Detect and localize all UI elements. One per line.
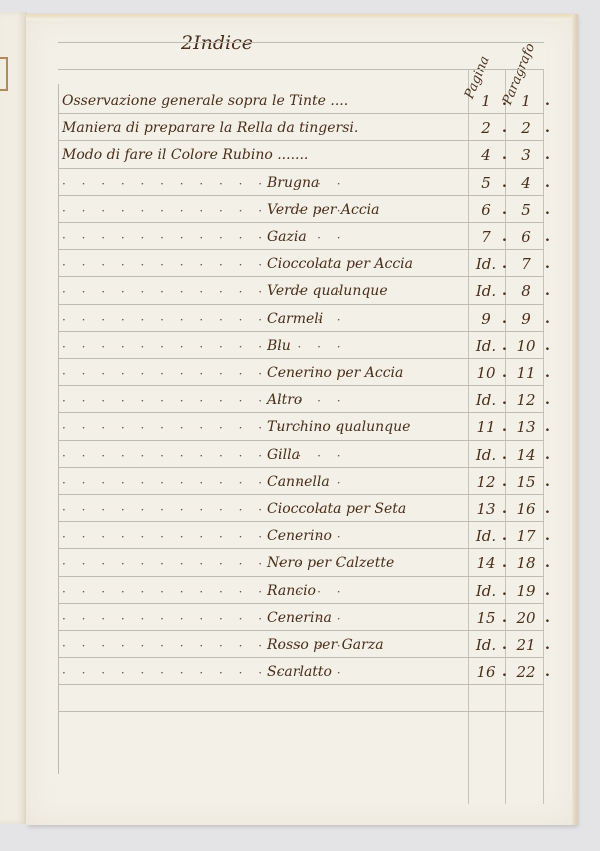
index-entry: · · · · · · · · · · · · · · ·Carmeli9.9. [62, 304, 582, 331]
entry-label: Cioccolata per Seta [267, 501, 406, 517]
separator-dot: . [502, 610, 507, 626]
title-prefix: 2 [181, 32, 193, 54]
entry-page-number: 16 [468, 663, 504, 681]
separator-dot: . [502, 175, 507, 191]
end-dot: . [545, 555, 550, 571]
entry-paragraph-number: 7 [508, 255, 544, 273]
separator-dot: . [502, 447, 507, 463]
ruled-line [58, 168, 544, 169]
entry-label: Blu [267, 338, 291, 354]
separator-dot: . [502, 392, 507, 408]
entry-paragraph-number: 20 [508, 609, 544, 627]
ruled-line [58, 42, 544, 43]
ruled-line [58, 304, 544, 305]
entry-page-number: 4 [468, 146, 504, 164]
entry-paragraph-number: 17 [508, 527, 544, 545]
ruled-line [58, 222, 544, 223]
entry-page-number: 1 [468, 92, 504, 110]
end-dot: . [545, 120, 550, 136]
entry-label: Rancio [267, 583, 316, 599]
index-entry: · · · · · · · · · · · · · · ·CenerinoId.… [62, 521, 582, 548]
entry-page-number: 13 [468, 500, 504, 518]
entry-label: Altro [267, 392, 302, 408]
index-entry: Maniera di preparare la Rella da tingers… [62, 113, 582, 140]
entry-paragraph-number: 12 [508, 391, 544, 409]
separator-dot: . [502, 501, 507, 517]
entry-label: Nero per Calzette [267, 555, 394, 571]
entry-paragraph-number: 18 [508, 554, 544, 572]
ruled-line [58, 412, 544, 413]
entry-page-number: 14 [468, 554, 504, 572]
entry-label: Cannella [267, 474, 330, 490]
leader-dots: · · · · · · · · · · · · · · · [62, 394, 347, 408]
end-dot: . [545, 147, 550, 163]
entry-label: Cenerino per Accia [267, 365, 403, 381]
index-entry: · · · · · · · · · · · · · · ·Brugna5.4. [62, 168, 582, 195]
entry-page-number: 7 [468, 228, 504, 246]
leader-dots: · · · · · · · · · · · · · · · [62, 340, 347, 354]
entry-label: Modo di fare il Colore Rubino ....... [62, 147, 308, 163]
entry-paragraph-number: 9 [508, 310, 544, 328]
separator-dot: . [502, 229, 507, 245]
entry-label: Verde per Accia [267, 202, 380, 218]
separator-dot: . [502, 528, 507, 544]
entry-label: Scarlatto [267, 664, 332, 680]
entry-page-number: 9 [468, 310, 504, 328]
ruled-line [58, 467, 544, 468]
separator-dot: . [502, 555, 507, 571]
end-dot: . [545, 610, 550, 626]
title-text: Indice [193, 32, 253, 54]
separator-dot: . [502, 147, 507, 163]
index-entry: Modo di fare il Colore Rubino .......4.3… [62, 140, 582, 167]
entry-page-number: 5 [468, 174, 504, 192]
index-entry: · · · · · · · · · · · · · · ·Cenerina15.… [62, 603, 582, 630]
entry-paragraph-number: 1 [508, 92, 544, 110]
end-dot: . [545, 93, 550, 109]
index-entry: · · · · · · · · · · · · · · ·RancioId..1… [62, 576, 582, 603]
entry-paragraph-number: 16 [508, 500, 544, 518]
end-dot: . [545, 338, 550, 354]
ruled-line [58, 711, 544, 712]
separator-dot: . [502, 120, 507, 136]
entry-label: Rosso per Garza [267, 637, 384, 653]
entry-label: Osservazione generale sopra le Tinte ...… [62, 93, 348, 109]
entry-page-number: Id. [468, 391, 504, 409]
end-dot: . [545, 392, 550, 408]
ruled-line [58, 684, 544, 685]
entry-label: Maniera di preparare la Rella da tingers… [62, 120, 358, 136]
entry-page-number: 15 [468, 609, 504, 627]
entry-page-number: Id. [468, 255, 504, 273]
entry-paragraph-number: 8 [508, 282, 544, 300]
index-entry: · · · · · · · · · · · · · · ·Cenerino pe… [62, 358, 582, 385]
entry-page-number: 2 [468, 119, 504, 137]
index-entry: · · · · · · · · · · · · · · ·Rosso per G… [62, 630, 582, 657]
entry-page-number: Id. [468, 337, 504, 355]
entry-label: Cenerina [267, 610, 332, 626]
entry-label: Gilla [267, 447, 300, 463]
end-dot: . [545, 365, 550, 381]
end-dot: . [545, 175, 550, 191]
separator-dot: . [502, 664, 507, 680]
index-entry: · · · · · · · · · · · · · · ·BluId..10. [62, 331, 582, 358]
facing-page-edge [0, 12, 27, 824]
ruled-line [58, 521, 544, 522]
end-dot: . [545, 583, 550, 599]
entry-paragraph-number: 4 [508, 174, 544, 192]
entry-paragraph-number: 22 [508, 663, 544, 681]
index-entry: · · · · · · · · · · · · · · ·AltroId..12… [62, 385, 582, 412]
end-dot: . [545, 447, 550, 463]
separator-dot: . [502, 338, 507, 354]
entry-label: Cenerino [267, 528, 332, 544]
entry-page-number: 6 [468, 201, 504, 219]
end-dot: . [545, 664, 550, 680]
index-entry: · · · · · · · · · · · · · · ·Nero per Ca… [62, 548, 582, 575]
ruled-line [58, 331, 544, 332]
manuscript-page: 2Indice Pagina Paragrafo Osservazione ge… [26, 14, 576, 825]
index-entry: · · · · · · · · · · · · · · ·Cioccolata … [62, 249, 582, 276]
ruled-line [58, 140, 544, 141]
entry-paragraph-number: 6 [508, 228, 544, 246]
end-dot: . [545, 229, 550, 245]
ruled-line [58, 113, 544, 114]
index-entry: · · · · · · · · · · · · · · ·Cioccolata … [62, 494, 582, 521]
page-title: 2Indice [181, 32, 253, 54]
end-dot: . [545, 311, 550, 327]
entry-label: Gazia [267, 229, 307, 245]
ruled-line [58, 576, 544, 577]
separator-dot: . [502, 474, 507, 490]
ruled-line [58, 548, 544, 549]
separator-dot: . [502, 202, 507, 218]
ruled-line [58, 603, 544, 604]
index-entry: Osservazione generale sopra le Tinte ...… [62, 86, 582, 113]
index-entry: · · · · · · · · · · · · · · ·Gazia7.6. [62, 222, 582, 249]
ruled-line [58, 249, 544, 250]
ruled-line [58, 276, 544, 277]
entry-page-number: Id. [468, 582, 504, 600]
index-entry: · · · · · · · · · · · · · · ·GillaId..14… [62, 440, 582, 467]
separator-dot: . [502, 419, 507, 435]
index-entry: · · · · · · · · · · · · · · ·Turchino qu… [62, 412, 582, 439]
index-entry: · · · · · · · · · · · · · · ·Verde per A… [62, 195, 582, 222]
facing-page-mark [0, 57, 8, 91]
ruled-line [58, 358, 544, 359]
end-dot: . [545, 501, 550, 517]
entry-page-number: 12 [468, 473, 504, 491]
entry-paragraph-number: 15 [508, 473, 544, 491]
entry-page-number: 10 [468, 364, 504, 382]
entry-label: Turchino qualunque [267, 419, 410, 435]
separator-dot: . [502, 365, 507, 381]
entry-paragraph-number: 14 [508, 446, 544, 464]
separator-dot: . [502, 637, 507, 653]
ruled-line [58, 195, 544, 196]
entry-paragraph-number: 13 [508, 418, 544, 436]
separator-dot: . [502, 256, 507, 272]
ruled-line [58, 69, 544, 70]
entry-paragraph-number: 2 [508, 119, 544, 137]
end-dot: . [545, 283, 550, 299]
leader-dots: · · · · · · · · · · · · · · · [62, 449, 347, 463]
separator-dot: . [502, 311, 507, 327]
end-dot: . [545, 419, 550, 435]
ruled-line [58, 385, 544, 386]
entry-label: Carmeli [267, 311, 323, 327]
entry-paragraph-number: 21 [508, 636, 544, 654]
end-dot: . [545, 202, 550, 218]
ruled-line [58, 657, 544, 658]
end-dot: . [545, 256, 550, 272]
separator-dot: . [502, 283, 507, 299]
entry-page-number: Id. [468, 527, 504, 545]
entry-page-number: Id. [468, 282, 504, 300]
entry-paragraph-number: 3 [508, 146, 544, 164]
entry-page-number: 11 [468, 418, 504, 436]
ruled-line [58, 630, 544, 631]
entry-paragraph-number: 10 [508, 337, 544, 355]
entry-page-number: Id. [468, 446, 504, 464]
ruled-line [58, 494, 544, 495]
entry-paragraph-number: 19 [508, 582, 544, 600]
end-dot: . [545, 528, 550, 544]
entry-label: Verde qualunque [267, 283, 388, 299]
entry-label: Brugna [267, 175, 319, 191]
ruled-line [58, 440, 544, 441]
separator-dot: . [502, 583, 507, 599]
separator-dot: . [502, 93, 507, 109]
entry-label: Cioccolata per Accia [267, 256, 413, 272]
end-dot: . [545, 637, 550, 653]
index-entry: · · · · · · · · · · · · · · ·Cannella12.… [62, 467, 582, 494]
entry-paragraph-number: 11 [508, 364, 544, 382]
index-entry: · · · · · · · · · · · · · · ·Verde qualu… [62, 276, 582, 303]
entry-page-number: Id. [468, 636, 504, 654]
end-dot: . [545, 474, 550, 490]
index-entry: · · · · · · · · · · · · · · ·Scarlatto16… [62, 657, 582, 684]
entry-paragraph-number: 5 [508, 201, 544, 219]
margin-line [58, 84, 59, 774]
